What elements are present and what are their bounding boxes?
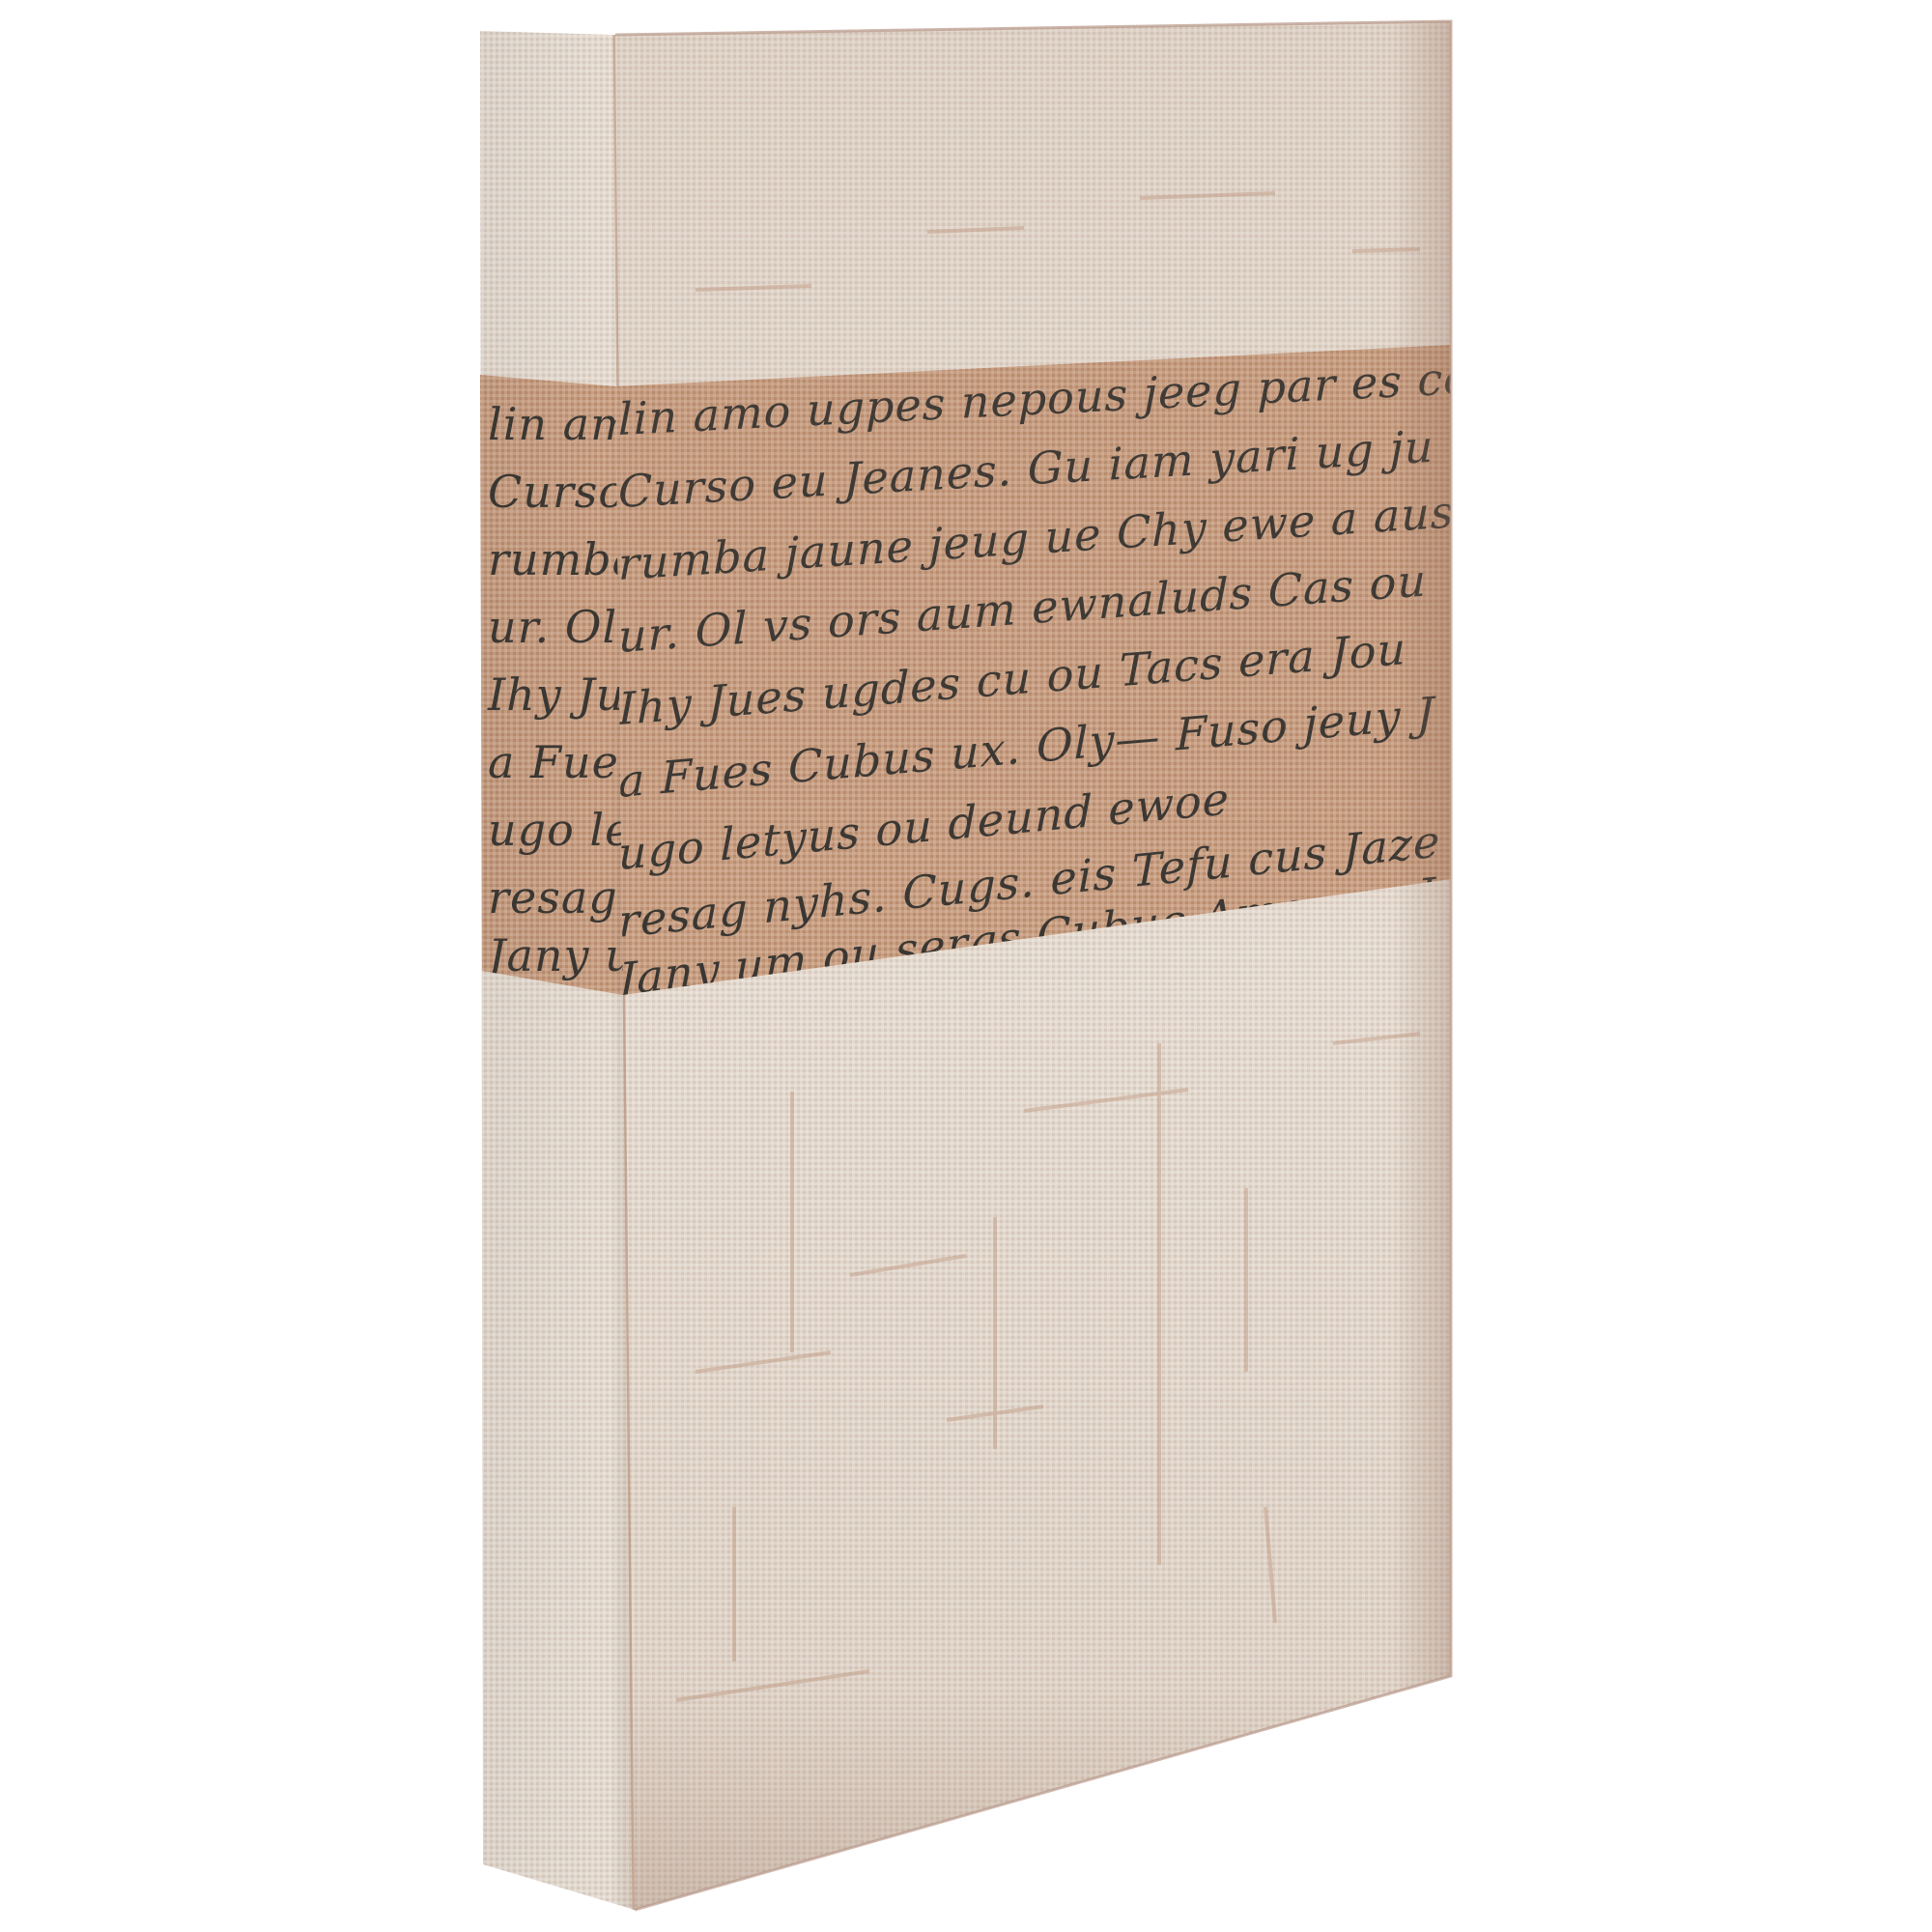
cover-right-shade [615,21,1451,1910]
product-photo: lin amo ugpes nepous jeeg par es colu. G… [0,0,1932,1932]
book-cover: lin amo ugpes nepous jeeg par es colu. G… [611,21,1633,1910]
